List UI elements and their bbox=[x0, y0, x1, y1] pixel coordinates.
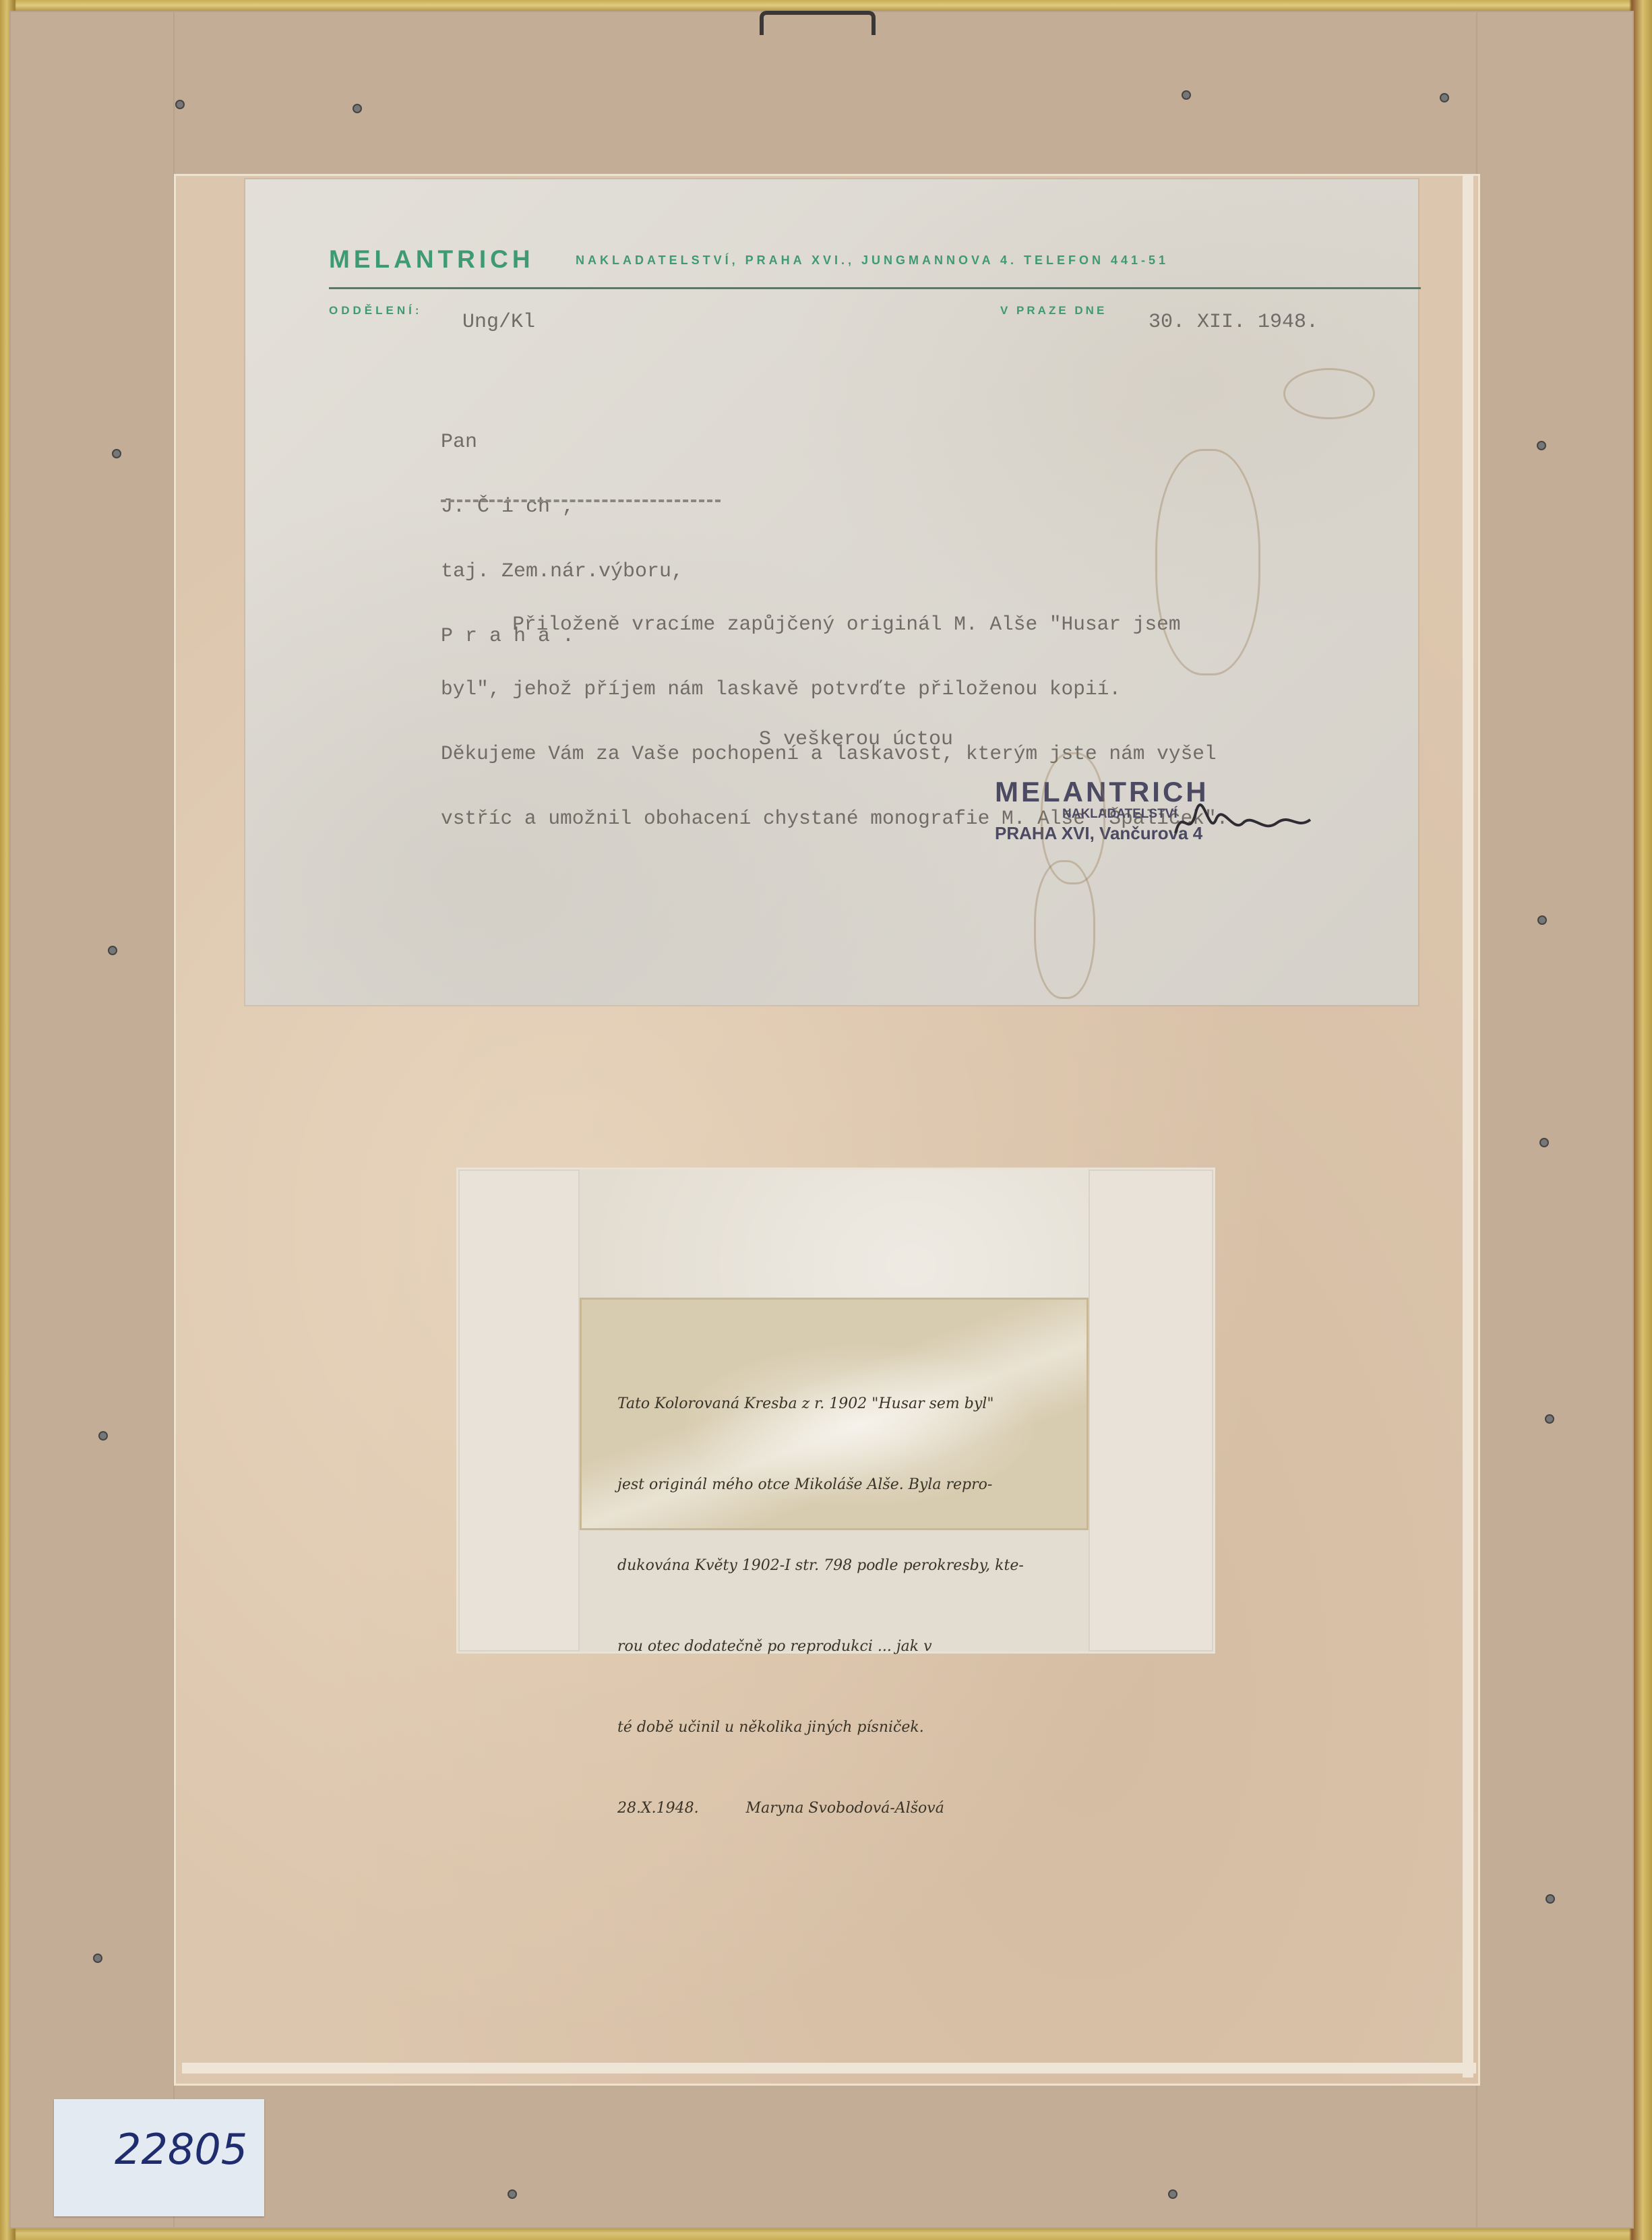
nail-icon bbox=[1547, 1896, 1554, 1902]
note-line: 28.X.1948. Maryna Svobodová-Alšová bbox=[617, 1795, 1024, 1822]
nail-icon bbox=[1441, 94, 1448, 101]
typed-letter: MELANTRICH NAKLADATELSTVÍ, PRAHA XVI., J… bbox=[245, 179, 1418, 1005]
body-line: byl", jehož příjem nám laskavě potvrďte … bbox=[441, 678, 1228, 700]
nail-icon bbox=[109, 947, 116, 954]
inner-board-edge bbox=[1463, 175, 1473, 2078]
nail-icon bbox=[1169, 2191, 1176, 2198]
nail-icon bbox=[1538, 442, 1545, 449]
tape-strip-right bbox=[1476, 11, 1634, 2229]
mount-strip-left bbox=[458, 1170, 580, 1652]
tape-strip-left bbox=[9, 11, 175, 2229]
water-stain bbox=[1155, 449, 1260, 675]
nail-icon bbox=[354, 105, 361, 112]
wire-hanger-icon bbox=[760, 11, 876, 35]
nail-icon bbox=[509, 2191, 516, 2198]
nail-icon bbox=[1546, 1416, 1553, 1422]
letterhead-brand: MELANTRICH bbox=[329, 245, 534, 274]
tape-strip-top bbox=[9, 11, 1634, 176]
department-value: Ung/Kl bbox=[462, 311, 535, 334]
nail-icon bbox=[113, 450, 120, 457]
department-label: ODDĚLENÍ: bbox=[329, 304, 423, 317]
nail-icon bbox=[1183, 92, 1190, 98]
signature-icon bbox=[1169, 799, 1317, 847]
water-stain bbox=[1034, 860, 1095, 999]
recipient-line: Pan bbox=[441, 431, 683, 453]
letterhead-address: NAKLADATELSTVÍ, PRAHA XVI., JUNGMANNOVA … bbox=[576, 253, 1169, 268]
body-line: Přiloženě vracíme zapůjčený originál M. … bbox=[441, 613, 1228, 635]
handwritten-note: Tato Kolorovaná Kresba z r. 1902 "Husar … bbox=[580, 1298, 1089, 1530]
letter-closing: S veškerou úctou bbox=[759, 729, 953, 750]
nail-icon bbox=[100, 1432, 106, 1439]
address-dashed-rule bbox=[441, 500, 721, 502]
nail-icon bbox=[177, 101, 183, 108]
letterhead-rule bbox=[329, 287, 1421, 289]
note-line: rou otec dodatečně po reprodukci ... jak… bbox=[617, 1633, 1024, 1660]
nail-icon bbox=[1539, 917, 1546, 924]
inner-board-edge bbox=[182, 2063, 1476, 2073]
note-line: Tato Kolorovaná Kresba z r. 1902 "Husar … bbox=[617, 1391, 1024, 1418]
nail-icon bbox=[1541, 1139, 1548, 1146]
inventory-label: 22805 bbox=[54, 2099, 264, 2216]
date-label: V PRAZE DNE bbox=[1000, 304, 1107, 317]
mount-strip-right bbox=[1089, 1170, 1213, 1652]
water-stain bbox=[1283, 368, 1375, 419]
note-line: dukována Květy 1902-I str. 798 podle per… bbox=[617, 1552, 1024, 1579]
date-value: 30. XII. 1948. bbox=[1149, 311, 1318, 334]
note-line: té době učinil u několika jiných písniče… bbox=[617, 1714, 1024, 1741]
nail-icon bbox=[94, 1955, 101, 1962]
note-line: jest originál mého otce Mikoláše Alše. B… bbox=[617, 1472, 1024, 1499]
handwritten-text: Tato Kolorovaná Kresba z r. 1902 "Husar … bbox=[617, 1337, 1024, 1876]
inventory-number: 22805 bbox=[115, 2125, 247, 2174]
